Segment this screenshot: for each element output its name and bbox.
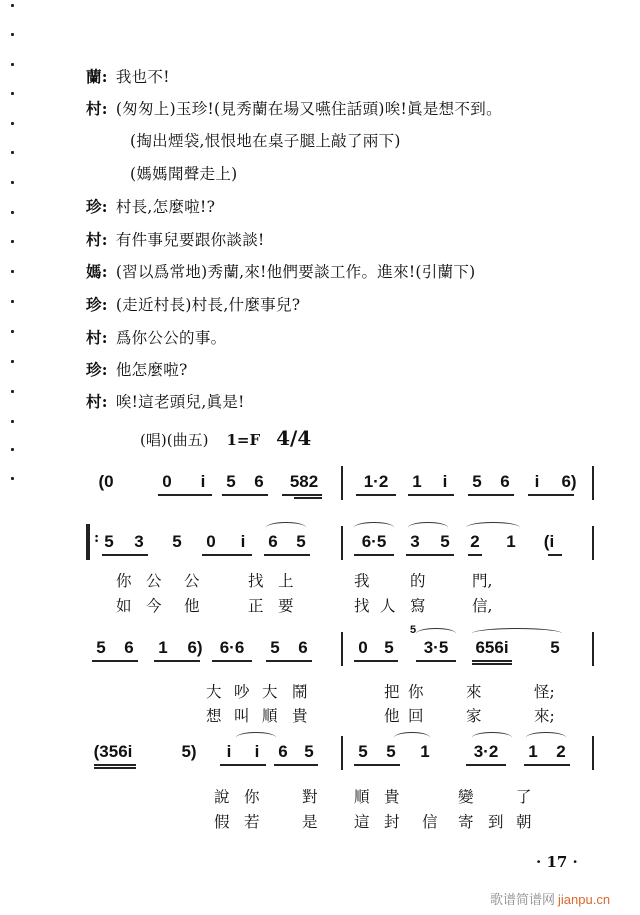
repeat-start (86, 524, 90, 560)
watermark: 歌谱简谱网jianpu.cn (490, 889, 610, 908)
lyric: 朝 (516, 810, 532, 832)
bar-line (592, 526, 594, 560)
underline (466, 764, 506, 766)
note: 5 (548, 638, 562, 658)
lyric: 到 (488, 810, 504, 832)
lyric: 找 (354, 594, 370, 616)
underline (408, 494, 454, 496)
dialogue-text: 我也不! (116, 68, 170, 86)
binding-hole (11, 92, 14, 95)
note: 6·5 (354, 532, 394, 552)
dialogue-line: 珍:他怎麼啦? (86, 358, 188, 380)
binding-hole (11, 4, 14, 7)
note: (0 (94, 472, 118, 492)
lyric: 門, (472, 569, 492, 591)
underline (158, 494, 212, 496)
binding-hole (11, 420, 14, 423)
underline (94, 767, 136, 769)
note: i (250, 742, 264, 762)
underline (202, 554, 252, 556)
lyric: 順 (262, 704, 278, 726)
underline (354, 764, 400, 766)
dialogue-text: 有件事兒要跟你談談! (116, 231, 265, 249)
speaker: 村: (86, 328, 108, 347)
dialogue-text: (媽媽聞聲走上) (130, 165, 238, 183)
note: (356i (88, 742, 138, 762)
stage-direction: (掏出煙袋,恨恨地在桌子腿上敲了兩下) (130, 129, 401, 151)
note: 6) (184, 638, 206, 658)
dialogue-line: 珍:(走近村長)村長,什麼事兒? (86, 293, 300, 315)
binding-hole (11, 360, 14, 363)
dialogue-line: 媽:(習以爲常地)秀蘭,來!他們要談工作。進來!(引蘭下) (86, 260, 476, 282)
underline (94, 764, 136, 766)
underline (468, 554, 482, 556)
note: 3·5 (416, 638, 456, 658)
lyric: 是 (302, 810, 318, 832)
bar-line (341, 466, 343, 500)
speaker: 村: (86, 230, 108, 249)
underline (416, 660, 456, 662)
lyric: 叫 (234, 704, 250, 726)
speaker: 珍: (86, 295, 108, 314)
dialogue-line: 村:唉!這老頭兒,眞是! (86, 390, 245, 412)
note: 3·2 (466, 742, 506, 762)
note: 5 (102, 532, 116, 552)
binding-hole (11, 270, 14, 273)
tune-label: (曲五) (167, 431, 209, 449)
time-signature: 4/4 (276, 426, 311, 450)
lyric: 對 (302, 785, 318, 807)
underline (274, 764, 318, 766)
lyric: 假 (214, 810, 230, 832)
key-signature: 1=F (226, 431, 260, 449)
lyric: 人 (380, 594, 396, 616)
note: 0 (204, 532, 218, 552)
lyric: 他 (184, 594, 200, 616)
note: 0 (160, 472, 174, 492)
lyric: 如 (116, 594, 132, 616)
note: 6·6 (212, 638, 252, 658)
note: 1 (410, 472, 424, 492)
lyric: 若 (244, 810, 260, 832)
note: 5 (302, 742, 316, 762)
binding-hole (11, 330, 14, 333)
speaker: 村: (86, 99, 108, 118)
dialogue-text: 他怎麼啦? (116, 361, 188, 379)
note: 2 (554, 742, 568, 762)
underline (294, 497, 322, 499)
bar-line (592, 632, 594, 666)
bar-line (592, 466, 594, 500)
note: i (196, 472, 210, 492)
binding-hole (11, 211, 14, 214)
dialogue-line: 蘭:我也不! (86, 65, 170, 87)
note: 1 (156, 638, 170, 658)
lyric: 信 (422, 810, 438, 832)
underline (220, 764, 266, 766)
note: 5 (384, 742, 398, 762)
lyric: 這 (354, 810, 370, 832)
dialogue-text: (掏出煙袋,恨恨地在桌子腿上敲了兩下) (130, 132, 401, 150)
note: 1 (526, 742, 540, 762)
note: 6 (266, 532, 280, 552)
lyric: 他 (384, 704, 400, 726)
lyric: 把 (384, 680, 400, 702)
underline (548, 554, 562, 556)
repeat-dots: : (94, 534, 99, 542)
lyric: 說 (214, 785, 230, 807)
binding-hole (11, 390, 14, 393)
lyric: 封 (384, 810, 400, 832)
bar-line (341, 736, 343, 770)
lyric: 公 (184, 569, 200, 591)
lyric: 你 (244, 785, 260, 807)
bar-line (341, 526, 343, 560)
note: 5 (294, 532, 308, 552)
underline (102, 554, 148, 556)
speaker: 珍: (86, 360, 108, 379)
note: i (530, 472, 544, 492)
binding-hole (11, 63, 14, 66)
note: i (236, 532, 250, 552)
binding-hole (11, 181, 14, 184)
dialogue-line: 村:有件事兒要跟你談談! (86, 228, 265, 250)
lyric: 要 (278, 594, 294, 616)
note: 5 (356, 742, 370, 762)
lyric: 寫 (410, 594, 426, 616)
underline (264, 554, 310, 556)
lyric: 鬧 (292, 680, 308, 702)
speaker: 蘭: (86, 67, 108, 86)
note: 6) (558, 472, 580, 492)
note: i (222, 742, 236, 762)
note: (i (536, 532, 562, 552)
lyric: 你 (116, 569, 132, 591)
lyric: 貴 (292, 704, 308, 726)
lyric: 大 (206, 680, 222, 702)
underline (472, 660, 512, 662)
lyric: 找 (248, 569, 264, 591)
lyric: 吵 (234, 680, 250, 702)
dialogue-text: 村長,怎麼啦!? (116, 198, 215, 216)
note: 6 (296, 638, 310, 658)
note: 6 (122, 638, 136, 658)
dialogue-text: (走近村長)村長,什麼事兒? (116, 296, 301, 314)
binding-hole (11, 477, 14, 480)
lyric: 信, (472, 594, 492, 616)
lyric: 我 (354, 569, 370, 591)
lyric: 上 (278, 569, 294, 591)
stage-direction: (媽媽聞聲走上) (130, 162, 238, 184)
binding-hole (11, 448, 14, 451)
underline (524, 764, 570, 766)
note: 6 (498, 472, 512, 492)
lyric: 家 (466, 704, 482, 726)
note: 5 (268, 638, 282, 658)
binding-hole (11, 240, 14, 243)
lyric: 寄 (458, 810, 474, 832)
underline (354, 554, 394, 556)
underline (406, 554, 454, 556)
underline (266, 660, 312, 662)
dialogue-text: (匆匆上)玉珍!(見秀蘭在場又嚥住話頭)唉!眞是想不到。 (116, 100, 502, 118)
note: 3 (408, 532, 422, 552)
lyric: 順 (354, 785, 370, 807)
lyric: 來 (466, 680, 482, 702)
sing-label: (唱) (140, 431, 167, 449)
lyric: 貴 (384, 785, 400, 807)
bar-line (592, 736, 594, 770)
lyric: 想 (206, 704, 222, 726)
note: 1 (418, 742, 432, 762)
lyric: 你 (408, 680, 424, 702)
note: i (438, 472, 452, 492)
note: 6 (276, 742, 290, 762)
note: 5 (170, 532, 184, 552)
lyric: 正 (248, 594, 264, 616)
underline (222, 494, 268, 496)
lyric: 大 (262, 680, 278, 702)
lyric: 變 (458, 785, 474, 807)
binding-hole (11, 300, 14, 303)
note: 2 (468, 532, 482, 552)
note: 3 (132, 532, 146, 552)
binding-hole (11, 151, 14, 154)
binding-hole (11, 33, 14, 36)
dialogue-text: 爲你公公的事。 (116, 329, 227, 347)
lyric: 今 (146, 594, 162, 616)
lyric: 回 (408, 704, 424, 726)
underline (154, 660, 200, 662)
note: 5 (224, 472, 238, 492)
note: 5 (94, 638, 108, 658)
score-row-1: (0 0 i 5 6 582 1·2 1 i 5 6 i 6) (86, 472, 596, 502)
dialogue-line: 村:爲你公公的事。 (86, 326, 226, 348)
note: 656i (472, 638, 512, 658)
underline (92, 660, 138, 662)
lyric: 了 (516, 785, 532, 807)
lyric: 公 (146, 569, 162, 591)
watermark-en: jianpu.cn (558, 892, 610, 907)
note: 5) (178, 742, 200, 762)
underline (468, 494, 514, 496)
tempo-marking: (唱)(曲五)1=F4/4 (140, 426, 311, 450)
speaker: 媽: (86, 262, 108, 281)
underline (212, 660, 252, 662)
underline (354, 660, 398, 662)
bar-line (341, 632, 343, 666)
underline (356, 494, 396, 496)
score-row-4: (356i 5) i i 6 5 5 5 1 3·2 1 2 (86, 742, 596, 772)
lyric: 怪; (534, 680, 555, 702)
note: 1 (504, 532, 518, 552)
note: 5 (470, 472, 484, 492)
note: 1·2 (356, 472, 396, 492)
underline (528, 494, 574, 496)
note: 5 (382, 638, 396, 658)
page-number: · 17 · (536, 853, 578, 871)
score-row-3: 5 6 1 6) 6·6 5 6 0 5 5 3·5 656i 5 (86, 638, 596, 668)
speaker: 珍: (86, 197, 108, 216)
note: 582 (282, 472, 326, 492)
lyric: 來; (534, 704, 555, 726)
speaker: 村: (86, 392, 108, 411)
score-row-2: : 5 3 5 0 i 6 5 6·5 3 5 2 1 (i (86, 532, 596, 562)
watermark-cn: 歌谱简谱网 (490, 893, 555, 908)
dialogue-text: (習以爲常地)秀蘭,來!他們要談工作。進來!(引蘭下) (116, 263, 476, 281)
note: 6 (252, 472, 266, 492)
underline (282, 494, 322, 496)
binding-hole (11, 122, 14, 125)
note: 0 (356, 638, 370, 658)
lyric: 的 (410, 569, 426, 591)
note: 5 (438, 532, 452, 552)
dialogue-text: 唉!這老頭兒,眞是! (116, 393, 245, 411)
dialogue-line: 珍:村長,怎麼啦!? (86, 195, 215, 217)
underline (472, 663, 512, 665)
dialogue-line: 村:(匆匆上)玉珍!(見秀蘭在場又嚥住話頭)唉!眞是想不到。 (86, 97, 502, 119)
